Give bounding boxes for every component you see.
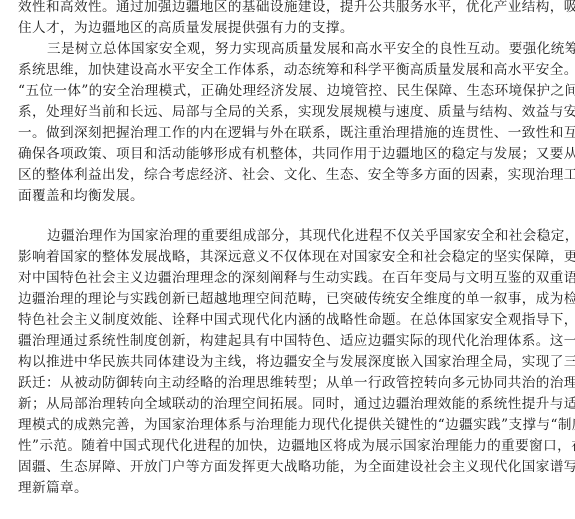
text-line: 影响着国家的整体发展战略，其深远意义不仅体现在对国家安全和社会稳定的坚实保障，更… xyxy=(18,247,558,268)
text-line: 面覆盖和均衡发展。 xyxy=(18,186,558,207)
text-line: 特色社会主义制度效能、诠释中国式现代化内涵的战略性命题。在总体国家安全观指导下，… xyxy=(18,310,558,331)
text-line: 一。做到深刻把握治理工作的内在逻辑与外在联系，既注重治理措施的连贯性、一致性和互… xyxy=(18,123,558,144)
text-line: 跃迁：从被动防御转向主动经略的治理思维转型；从单一行政管控转向多元协同共治的治理… xyxy=(18,373,558,394)
text-line: 固疆、生态屏障、开放门户等方面发挥更大战略功能，为全面建设社会主义现代化国家谱写… xyxy=(18,457,558,478)
text-line: “五位一体”的安全治理模式，正确处理经济发展、边境管控、民生保障、生态环境保护之… xyxy=(18,81,558,102)
text-line: 系，处理好当前和长远、局部与全局的关系，实现发展规模与速度、质量与结构、效益与安… xyxy=(18,102,558,123)
text-line: 区的整体利益出发，综合考虑经济、社会、文化、生态、安全等多方面的因素，实现治理工… xyxy=(18,165,558,186)
text-line: 住人才，为边疆地区的高质量发展提供强有力的支撑。 xyxy=(18,18,558,39)
text-line: 新；从局部治理转向全域联动的治理空间拓展。同时，通过边疆治理效能的系统性提升与适… xyxy=(18,394,558,415)
text-line: 性”示范。随着中国式现代化进程的加快，边疆地区将成为展示国家治理能力的重要窗口，… xyxy=(18,436,558,457)
text-line: 边疆治理作为国家治理的重要组成部分，其现代化进程不仅关乎国家安全和社会稳定，更深… xyxy=(18,226,558,247)
text-line: 边疆治理的理论与实践创新已超越地理空间范畴，已突破传统安全维度的单一叙事，成为检… xyxy=(18,289,558,310)
text-line: 系统思维，加快建设高水平安全工作体系，动态统筹和科学平衡高质量发展和高水平安全。… xyxy=(18,60,558,81)
text-line: 疆治理通过系统性制度创新，构建起具有中国特色、适应边疆实际的现代化治理体系。这一… xyxy=(18,331,558,352)
text-line: 效性和高效性。通过加强边疆地区的基础设施建设，提升公共服务水平，优化产业结构，吸… xyxy=(18,0,558,18)
text-line: 理新篇章。 xyxy=(18,478,558,499)
text-line: 理模式的成熟完善，为国家治理体系与治理能力现代化提供关键性的“边疆实践”支撑与“… xyxy=(18,415,558,436)
text-line: 确保各项政策、项目和活动能够形成有机整体，共同作用于边疆地区的稳定与发展；又要从… xyxy=(18,144,558,165)
text-line: 三是树立总体国家安全观，努力实现高质量发展和高水平安全的良性互动。要强化统筹思维… xyxy=(18,39,558,60)
text-line: 构以推进中华民族共同体建设为主线，将边疆安全与发展深度嵌入国家治理全局，实现了三… xyxy=(18,352,558,373)
text-line: 对中国特色社会主义边疆治理理念的深刻阐释与生动实践。在百年变局与文明互鉴的双重语… xyxy=(18,268,558,289)
